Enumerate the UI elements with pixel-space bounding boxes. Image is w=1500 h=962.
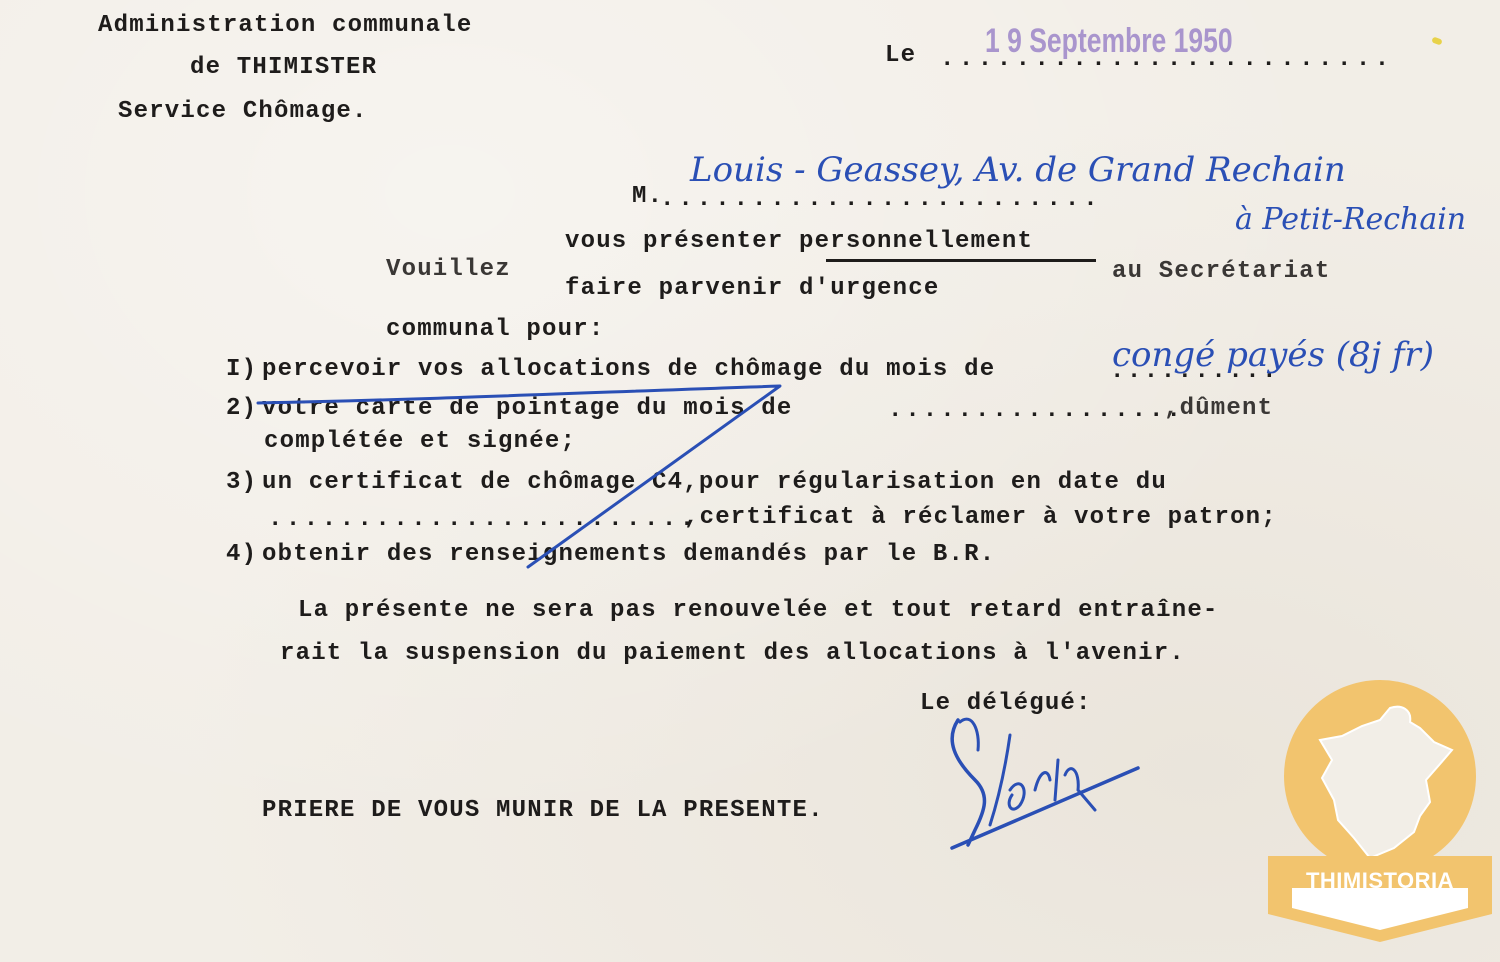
item-1-text: percevoir vos allocations de chômage du … [262,356,995,383]
request-verb: Vouillez [386,256,511,283]
thimistoria-logo: THIMISTORIA [1262,680,1498,952]
item-2-number: 2) [226,395,257,422]
request-option-send: faire parvenir d'urgence [565,275,939,302]
request-continuation: communal pour: [386,316,604,343]
item-1-number: I) [226,356,257,383]
item-4-text: obtenir des renseignements demandés par … [262,541,995,568]
recipient-name-handwritten: Louis - Geassey, Av. de Grand Rechain [690,150,1346,190]
document-page: Administration communale de THIMISTER Se… [0,0,1500,962]
underline-personnellement [826,259,1096,262]
paper-speck [1431,36,1442,45]
item-2-suffix: ,dûment [1164,395,1273,422]
header-line-administration: Administration communale [98,12,472,39]
item-2-dots: ................. [888,397,1184,424]
date-label: Le [885,42,916,69]
header-line-service: Service Chômage. [118,98,368,125]
item-4-number: 4) [226,541,257,568]
notice-line-1: La présente ne sera pas renouvelée et to… [298,597,1219,624]
item-1-handwritten: congé payés (8j fr) [1112,335,1434,375]
signature-label: Le délégué: [920,690,1092,717]
logo-map-emblem-icon [1262,680,1498,952]
logo-text: THIMISTORIA [1262,868,1498,894]
date-stamp: 1 9 Septembre 1950 [985,22,1233,61]
footer-instruction: PRIERE DE VOUS MUNIR DE LA PRESENTE. [262,797,824,824]
recipient-address-handwritten: à Petit-Rechain [1235,202,1466,237]
item-3-dots: ........................ [268,506,698,533]
item-2-text: votre carte de pointage du mois de [262,395,792,422]
request-option-personally: vous présenter personnellement [565,228,1033,255]
notice-line-2: rait la suspension du paiement des alloc… [280,640,1185,667]
request-destination: au Secrétariat [1112,258,1330,285]
recipient-dots: ........................ [660,186,1102,213]
item-3-line2: ,certificat à réclamer à votre patron; [684,504,1277,531]
item-2-line2: complétée et signée; [264,428,576,455]
item-3-text: un certificat de chômage C4,pour régular… [262,469,1167,496]
item-3-number: 3) [226,469,257,496]
recipient-prefix: M. [632,183,663,210]
header-line-thimister: de THIMISTER [190,54,377,81]
